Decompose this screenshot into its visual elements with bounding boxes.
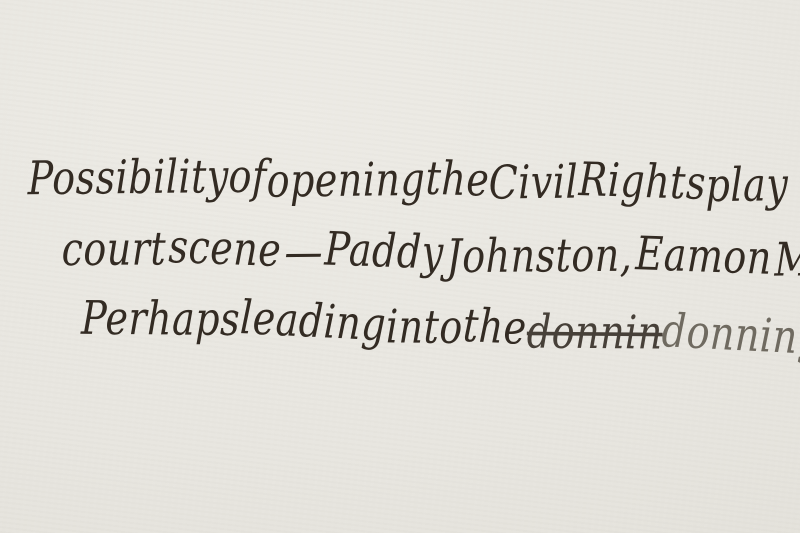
word-of: of	[228, 149, 267, 204]
word-the-2: the	[462, 298, 528, 355]
word-johnston: Johnston,	[447, 228, 633, 283]
word-civil: Civil	[489, 155, 579, 210]
word-court: court	[62, 222, 167, 276]
word-possibility: Possibility	[28, 149, 229, 205]
word-paddy: Paddy	[324, 222, 445, 280]
word-donning: donning	[661, 304, 800, 366]
struck-out-word: donnin	[526, 305, 663, 360]
word-the: the	[425, 151, 490, 207]
note-paper: Possibility of opening the Civil Rights …	[0, 0, 800, 533]
word-leading: leading	[239, 290, 387, 351]
em-dash: —	[284, 225, 322, 279]
word-opening: opening	[267, 152, 426, 207]
word-into: into	[386, 300, 464, 354]
word-perhaps: Perhaps	[81, 291, 241, 346]
word-eamon: Eamon	[634, 226, 772, 284]
handwritten-line-1: Possibility of opening the Civil Rights …	[27, 148, 740, 210]
handwritten-line-3: Perhaps leading into the donnin donning …	[80, 288, 797, 364]
word-cutoff-initial: M	[774, 233, 800, 287]
word-play: play	[706, 158, 789, 213]
word-rights: Rights	[578, 152, 707, 210]
word-scene: scene	[168, 219, 282, 277]
handwritten-line-2: court scene — Paddy Johnston, Eamon M	[61, 220, 800, 285]
